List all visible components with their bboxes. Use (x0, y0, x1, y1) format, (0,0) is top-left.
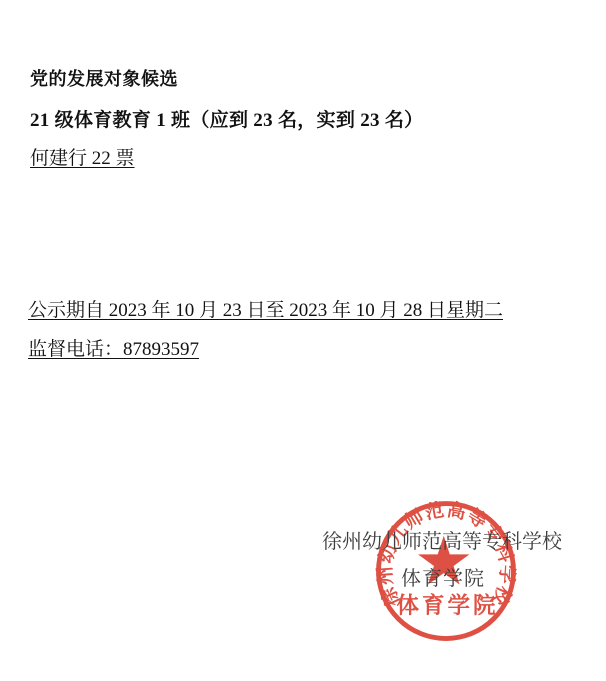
stamp-bottom-text: 体育学院 (396, 592, 498, 618)
org-name-text: 徐州幼儿师范高等专科学校 (322, 525, 562, 554)
document-page: 党的发展对象候选 21 级体育教育 1 班（应到 23 名，实到 23 名） 何… (0, 0, 606, 681)
publicity-period-line: 公示期自 2023 年 10 月 23 日至 2023 年 10 月 28 日星… (28, 301, 503, 322)
supervision-phone-line: 监督电话：87893597 (28, 340, 199, 361)
class-info-line: 21 级体育教育 1 班（应到 23 名，实到 23 名） (30, 111, 423, 132)
page-title: 党的发展对象候选 (30, 70, 178, 90)
org-dept-text: 体育学院 (401, 562, 485, 591)
candidate-vote-line: 何建行 22 票 (30, 149, 135, 170)
